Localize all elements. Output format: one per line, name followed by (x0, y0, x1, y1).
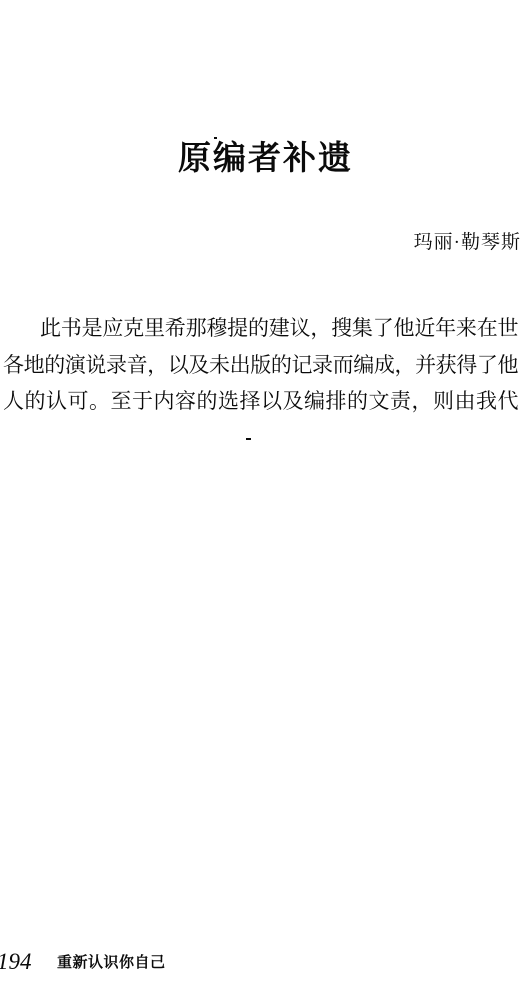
paragraph: 此书是应克里希那穆提的建议，搜集了他近年来在世界 各地的演说录音，以及未出版的记… (3, 310, 518, 420)
paragraph-line: 此书是应克里希那穆提的建议，搜集了他近年来在世界 (3, 310, 518, 347)
book-page: 原编者补遗 玛丽·勒琴斯 此书是应克里希那穆提的建议，搜集了他近年来在世界 各地… (0, 0, 523, 988)
page-footer: 194 重新认识你自己 (0, 948, 523, 976)
author-byline: 玛丽·勒琴斯 (414, 231, 521, 255)
scan-speck (246, 438, 251, 440)
paragraph-line: 各地的演说录音，以及未出版的记录而编成，并获得了他本 (3, 347, 518, 384)
chapter-title: 原编者补遗 (4, 139, 523, 179)
page-number: 194 (0, 950, 32, 974)
running-book-title: 重新认识你自己 (57, 955, 166, 972)
paragraph-line: 人的认可。至于内容的选择以及编排的文责，则由我代负。 (3, 383, 518, 420)
